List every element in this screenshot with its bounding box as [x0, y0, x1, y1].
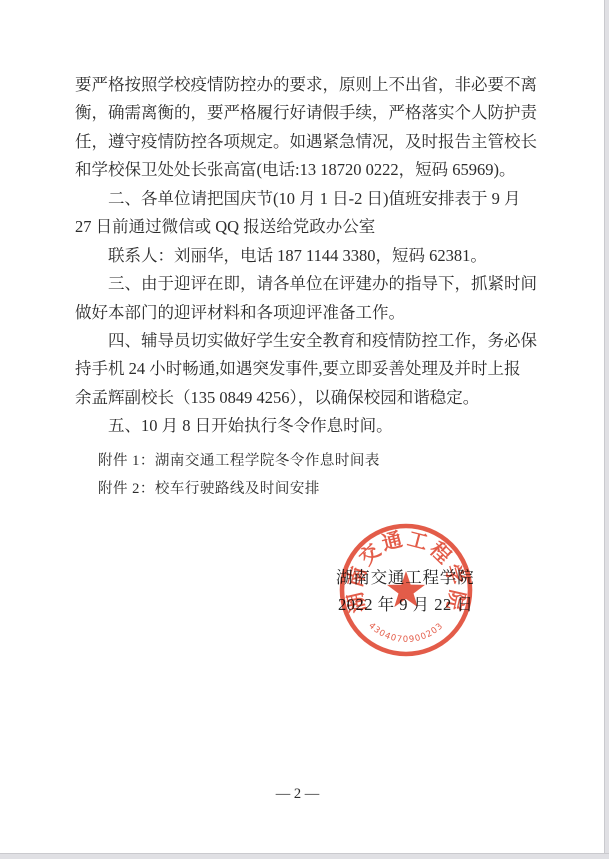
svg-text:4304070900203: 4304070900203 [366, 621, 445, 645]
page-number: — 2 — [0, 786, 595, 803]
official-seal: 湖南交通工程学院 4304070900203 [336, 520, 476, 660]
page-edge-bottom [0, 853, 609, 859]
body-line: 27 日前通过微信或 QQ 报送给党政办公室 [75, 213, 541, 241]
attachment-list: 附件 1：湖南交通工程学院冬令作息时间表 附件 2：校车行驶路线及时间安排 [98, 448, 380, 503]
seal-star-icon [387, 571, 425, 607]
body-line-item-3: 三、由于迎评在即，请各单位在评建办的指导下，抓紧时间 [75, 270, 541, 298]
seal-serial-number: 4304070900203 [366, 621, 445, 645]
body-line: 持手机 24 小时畅通,如遇突发事件,要立即妥善处理及并时上报 [75, 355, 541, 383]
body-line-contact: 联系人：刘丽华，电话 187 1144 3380，短码 62381。 [75, 242, 541, 270]
body-line-item-2: 二、各单位请把国庆节(10 月 1 日-2 日)值班安排表于 9 月 [75, 185, 541, 213]
body-line-item-5: 五、10 月 8 日开始执行冬令作息时间。 [75, 412, 541, 440]
body-line: 和学校保卫处处长张高富(电话:13 18720 0222，短码 65969)。 [75, 156, 541, 184]
body-line: 余孟辉副校长（135 0849 4256），以确保校园和谐稳定。 [75, 384, 541, 412]
attachment-2: 附件 2：校车行驶路线及时间安排 [98, 476, 380, 504]
attachment-1: 附件 1：湖南交通工程学院冬令作息时间表 [98, 448, 380, 476]
body-line: 任，遵守疫情防控各项规定。如遇紧急情况，及时报告主管校长 [75, 128, 541, 156]
document-body: 要严格按照学校疫情防控办的要求，原则上不出省，非必要不离 衡，确需离衡的，要严格… [75, 71, 541, 441]
body-line: 做好本部门的迎评材料和各项迎评准备工作。 [75, 299, 541, 327]
body-line: 要严格按照学校疫情防控办的要求，原则上不出省，非必要不离 [75, 71, 541, 99]
document-page: 要严格按照学校疫情防控办的要求，原则上不出省，非必要不离 衡，确需离衡的，要严格… [0, 0, 604, 853]
body-line: 衡，确需离衡的，要严格履行好请假手续，严格落实个人防护责 [75, 99, 541, 127]
page-edge-right [604, 0, 609, 859]
scanned-document-page: { "document": { "body_lines": [ "要严格按照学校… [0, 0, 609, 859]
body-line-item-4: 四、辅导员切实做好学生安全教育和疫情防控工作，务必保 [75, 327, 541, 355]
